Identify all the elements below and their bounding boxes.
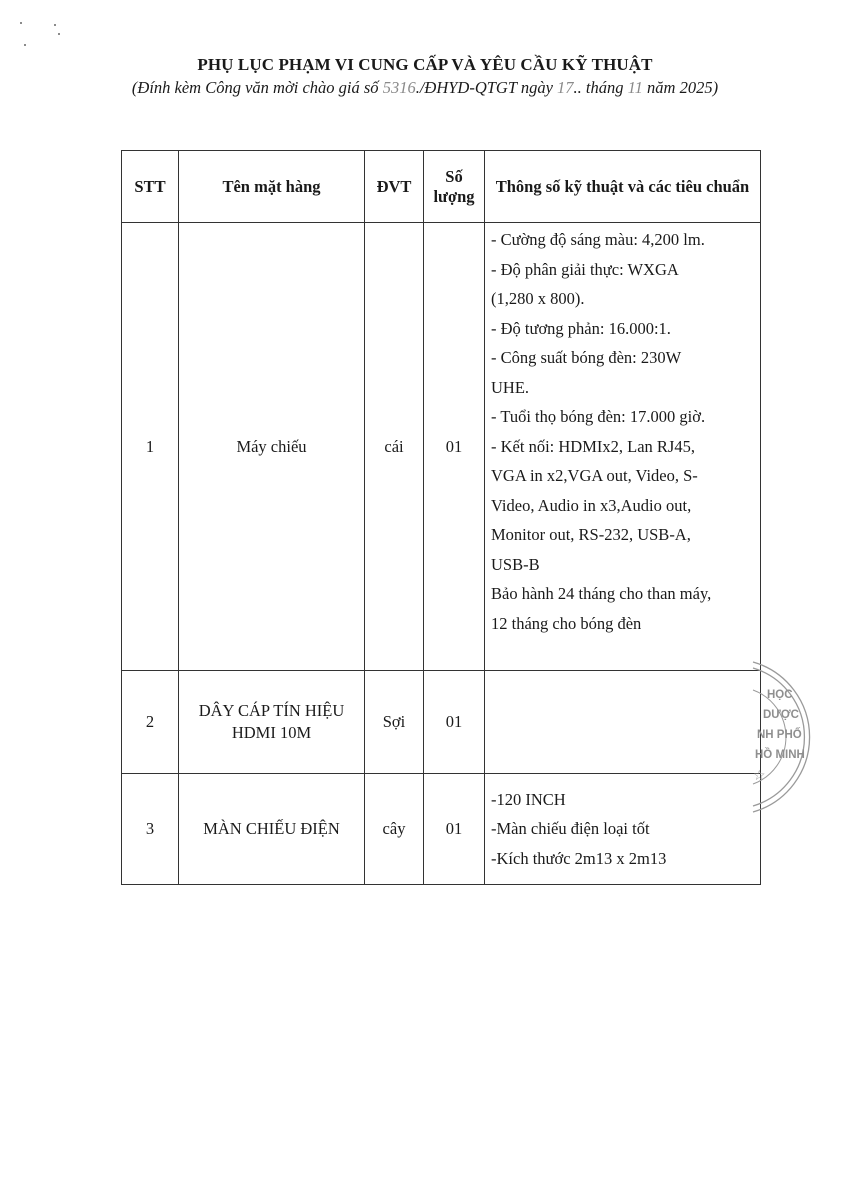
spec-line: - Kết nối: HDMIx2, Lan RJ45, — [491, 432, 754, 462]
header-unit: ĐVT — [365, 151, 424, 223]
spec-line: Bảo hành 24 tháng cho than máy, — [491, 579, 754, 609]
item-name-line: DÂY CÁP TÍN HIỆU — [179, 700, 364, 722]
subtitle-ref-code: ./ĐHYD-QTGT ngày — [416, 78, 557, 97]
spec-line: 12 tháng cho bóng đèn — [491, 609, 754, 639]
subtitle-year: năm 2025) — [643, 78, 718, 97]
spec-line: VGA in x2,VGA out, Video, S- — [491, 461, 754, 491]
specification-table: STT Tên mặt hàng ĐVT Số lượng Thông số k… — [121, 150, 761, 885]
row-unit: cây — [365, 774, 424, 885]
subtitle-month-label: .. tháng — [574, 78, 628, 97]
scan-dot — [54, 24, 56, 26]
scan-dot — [58, 33, 60, 35]
spec-line: Monitor out, RS-232, USB-A, — [491, 520, 754, 550]
stamp-text-line: HỒ MINH — [755, 748, 805, 761]
handwritten-month: 11 — [628, 78, 643, 97]
row-stt: 2 — [122, 671, 179, 774]
stamp-text-line: HỌC — [767, 689, 793, 701]
spec-line: -Màn chiếu điện loại tốt — [491, 814, 754, 844]
scan-artifacts — [0, 0, 100, 60]
spec-line: - Cường độ sáng màu: 4,200 lm. — [491, 225, 754, 255]
spec-line: UHE. — [491, 373, 754, 403]
table-row: 1 Máy chiếu cái 01 - Cường độ sáng màu: … — [122, 223, 761, 671]
header-stt: STT — [122, 151, 179, 223]
table-row: 2 DÂY CÁP TÍN HIỆU HDMI 10M Sợi 01 — [122, 671, 761, 774]
row-specifications: - Cường độ sáng màu: 4,200 lm.- Độ phân … — [485, 223, 761, 671]
header-specifications: Thông số kỹ thuật và các tiêu chuẩn — [485, 151, 761, 223]
spec-line: -Kích thước 2m13 x 2m13 — [491, 844, 754, 874]
spec-line: -120 INCH — [491, 785, 754, 815]
handwritten-ref-number: 5316 — [383, 78, 416, 97]
spec-line: - Tuổi thọ bóng đèn: 17.000 giờ. — [491, 402, 754, 432]
row-stt: 3 — [122, 774, 179, 885]
row-quantity: 01 — [424, 774, 485, 885]
document-title: PHỤ LỤC PHẠM VI CUNG CẤP VÀ YÊU CẦU KỸ T… — [0, 55, 850, 75]
row-specifications — [485, 671, 761, 774]
item-name-text: Máy chiếu — [236, 437, 306, 456]
stamp-text-line: DƯỢC — [763, 709, 799, 721]
table-row: 3 MÀN CHIẾU ĐIỆN cây 01 -120 INCH-Màn ch… — [122, 774, 761, 885]
spec-line: - Công suất bóng đèn: 230W — [491, 343, 754, 373]
handwritten-day: 17 — [557, 78, 574, 97]
spec-line: USB-B — [491, 550, 754, 580]
row-stt: 1 — [122, 223, 179, 671]
subtitle-prefix: (Đính kèm Công văn mời chào giá số — [132, 78, 383, 97]
row-unit: cái — [365, 223, 424, 671]
row-item-name: DÂY CÁP TÍN HIỆU HDMI 10M — [179, 671, 365, 774]
header-quantity: Số lượng — [424, 151, 485, 223]
row-specifications: -120 INCH-Màn chiếu điện loại tốt-Kích t… — [485, 774, 761, 885]
spec-line: - Độ tương phản: 16.000:1. — [491, 314, 754, 344]
table-header-row: STT Tên mặt hàng ĐVT Số lượng Thông số k… — [122, 151, 761, 223]
spec-line: (1,280 x 800). — [491, 284, 754, 314]
row-item-name: MÀN CHIẾU ĐIỆN — [179, 774, 365, 885]
row-item-name: Máy chiếu — [179, 223, 365, 671]
row-unit: Sợi — [365, 671, 424, 774]
stamp-text-line: NH PHỐ — [757, 727, 802, 741]
scan-dot — [24, 44, 26, 46]
scan-dot — [20, 22, 22, 24]
spec-line: Video, Audio in x3,Audio out, — [491, 491, 754, 521]
row-quantity: 01 — [424, 671, 485, 774]
document-subtitle: (Đính kèm Công văn mời chào giá số 5316.… — [0, 78, 850, 98]
header-item-name: Tên mặt hàng — [179, 151, 365, 223]
item-name-line: HDMI 10M — [179, 722, 364, 744]
spec-line: - Độ phân giải thực: WXGA — [491, 255, 754, 285]
row-quantity: 01 — [424, 223, 485, 671]
